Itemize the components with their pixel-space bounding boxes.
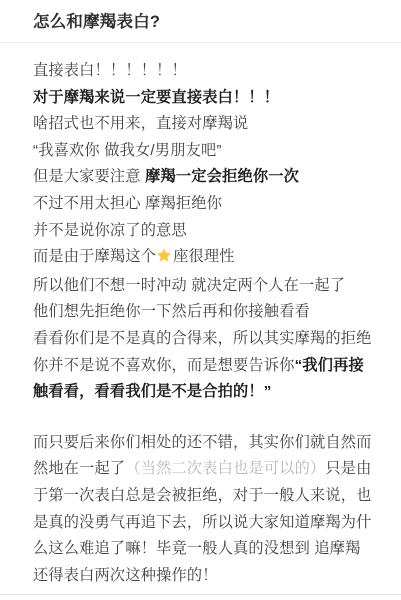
text-line: 并不是说你凉了的意思 — [33, 218, 373, 245]
text-line: 直接表白！！！！！！ — [33, 58, 373, 85]
text-segment: （当然二次表白也是可以的） — [125, 460, 325, 477]
text-segment: 对于摩羯来说一定要直接表白！！！ — [33, 89, 279, 106]
text-line: 你并不是说不喜欢你，而是想要告诉你“我们再接 — [33, 353, 373, 380]
text-segment: 然地在一起了 — [33, 460, 125, 477]
text-line: 还得表白两次这种操作的！ — [33, 563, 373, 590]
text-segment: 摩羯一定会拒绝你一次 — [145, 168, 299, 185]
text-segment: 而是由于摩羯这个 — [33, 248, 156, 265]
text-segment: 直接表白！！！！！！ — [33, 62, 187, 79]
text-line: 但是大家要注意 摩羯一定会拒绝你一次 — [33, 164, 373, 191]
text-segment: 并不是说你凉了的意思 — [33, 222, 187, 239]
question-page: 怎么和摩羯表白? 直接表白！！！！！！对于摩羯来说一定要直接表白！！！啥招式也不… — [0, 0, 401, 600]
text-segment: 你并不是说不喜欢你，而是想要告诉你 — [33, 357, 295, 374]
paragraph: 直接表白！！！！！！对于摩羯来说一定要直接表白！！！啥招式也不用来，直接对摩羯说… — [33, 58, 373, 406]
text-line: 触看看，看看我们是不是合拍的！” — [33, 379, 373, 406]
text-line: “我喜欢你 做我女/男朋友吧” — [33, 138, 373, 165]
text-line: 啥招式也不用来，直接对摩羯说 — [33, 111, 373, 138]
text-segment: 但是大家要注意 — [33, 168, 145, 185]
text-line: 他们想先拒绝你一下然后再和你接触看看 — [33, 299, 373, 326]
text-segment: 不过不用太担心 摩羯拒绝你 — [33, 195, 222, 212]
text-segment: 座很理性 — [173, 248, 235, 265]
text-segment: 看看你们是不是真的合得来，所以其实摩羯的拒绝 — [33, 330, 372, 347]
text-segment: 他们想先拒绝你一下然后再和你接触看看 — [33, 303, 310, 320]
text-segment: 是真的没勇气再追下去，所以说大家知道摩羯为什 — [33, 514, 372, 531]
text-segment: 触看看，看看我们是不是合拍的！” — [33, 383, 272, 400]
question-title: 怎么和摩羯表白? — [0, 0, 401, 33]
text-segment: 而只要后来你们相处的还不错，其实你们就自然而 — [33, 434, 372, 451]
bottom-divider — [0, 594, 401, 595]
text-line: 而是由于摩羯这个座很理性 — [33, 244, 373, 273]
text-segment: 还得表白两次这种操作的！ — [33, 567, 218, 584]
text-line: 是真的没勇气再追下去，所以说大家知道摩羯为什 — [33, 510, 373, 537]
text-segment: 么这么难追了嘛！毕竟一般人真的没想到 追摩羯 — [33, 540, 361, 557]
text-segment: 于第一次表白总是会被拒绝，对于一般人来说，也 — [33, 487, 372, 504]
text-line: 于第一次表白总是会被拒绝，对于一般人来说，也 — [33, 483, 373, 510]
paragraph: 而只要后来你们相处的还不错，其实你们就自然而然地在一起了（当然二次表白也是可以的… — [33, 430, 373, 590]
text-line: 么这么难追了嘛！毕竟一般人真的没想到 追摩羯 — [33, 536, 373, 563]
text-segment: 只是由 — [325, 460, 371, 477]
text-segment: “我们再接 — [295, 357, 364, 374]
text-line: 然地在一起了（当然二次表白也是可以的）只是由 — [33, 456, 373, 483]
text-segment: “我喜欢你 做我女/男朋友吧” — [33, 142, 222, 159]
text-segment: 啥招式也不用来，直接对摩羯说 — [33, 115, 248, 132]
text-line: 对于摩羯来说一定要直接表白！！！ — [33, 85, 373, 112]
text-segment: 所以他们不想一时冲动 就决定两个人在一起了 — [33, 277, 345, 294]
text-line: 看看你们是不是真的合得来，所以其实摩羯的拒绝 — [33, 326, 373, 353]
text-line: 所以他们不想一时冲动 就决定两个人在一起了 — [33, 273, 373, 300]
glowing-star-emoji — [156, 246, 173, 273]
text-line: 而只要后来你们相处的还不错，其实你们就自然而 — [33, 430, 373, 457]
answer-body: 直接表白！！！！！！对于摩羯来说一定要直接表白！！！啥招式也不用来，直接对摩羯说… — [0, 43, 401, 589]
text-line: 不过不用太担心 摩羯拒绝你 — [33, 191, 373, 218]
